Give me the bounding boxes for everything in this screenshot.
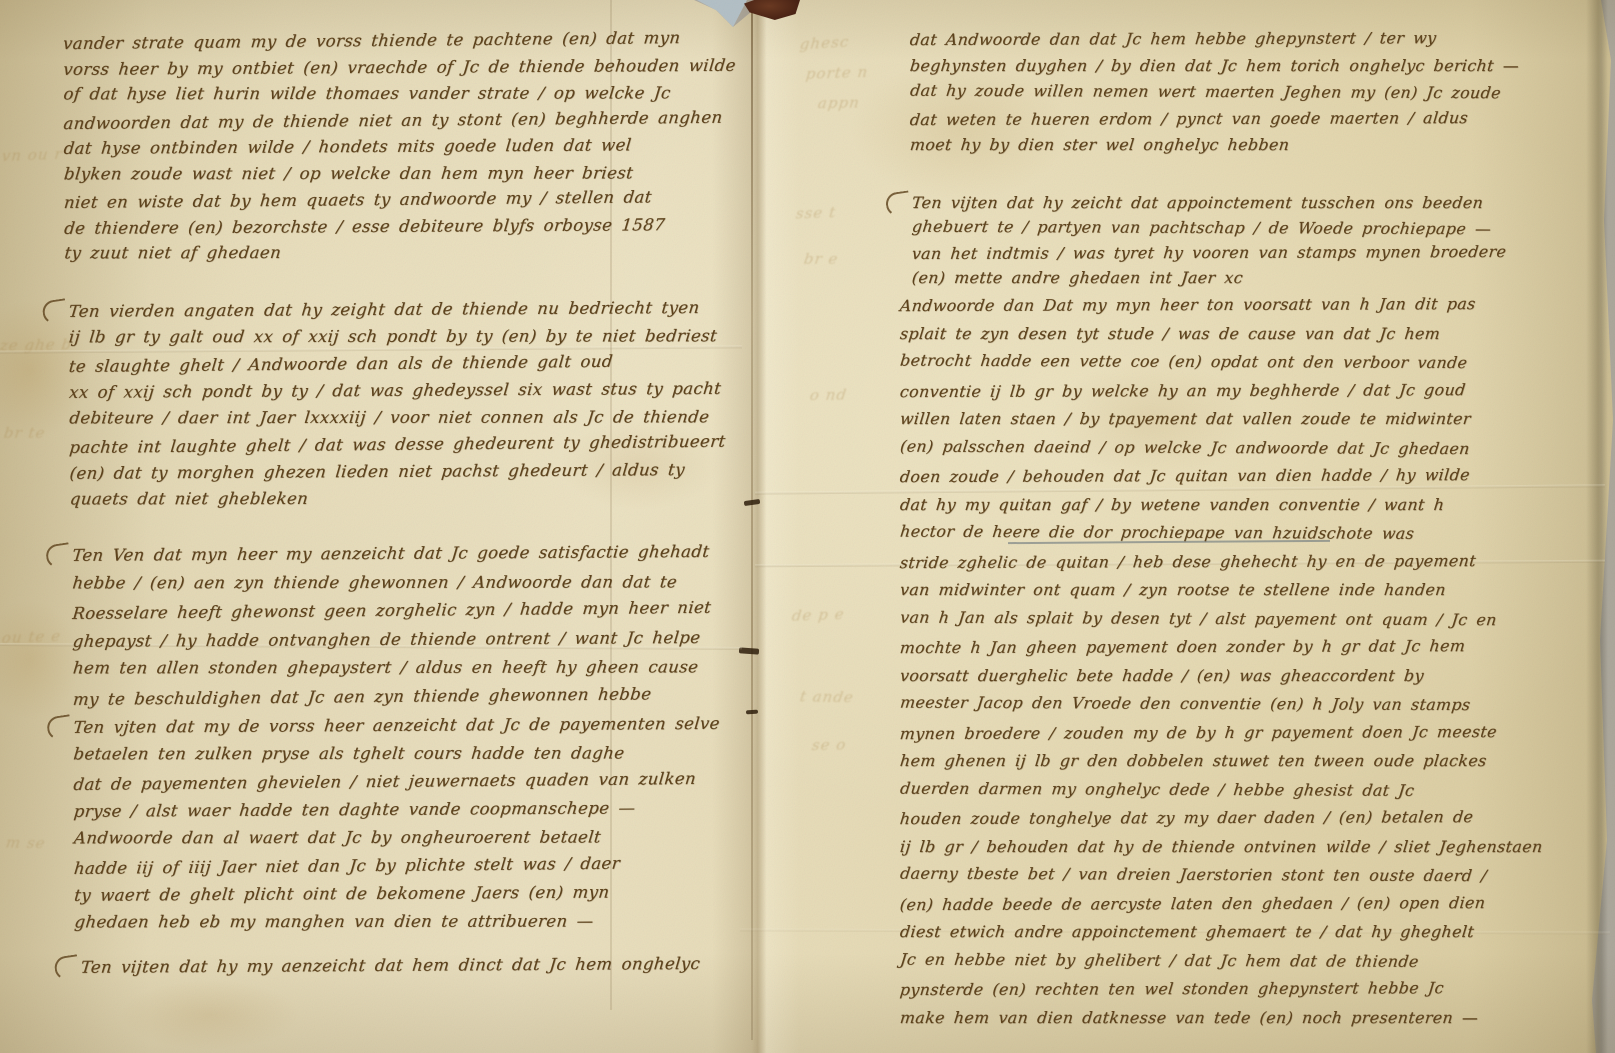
photo-grain bbox=[0, 0, 1615, 1053]
manuscript-photo: vn ou rze ghe bbr teou te em seghescport… bbox=[0, 0, 1615, 1053]
